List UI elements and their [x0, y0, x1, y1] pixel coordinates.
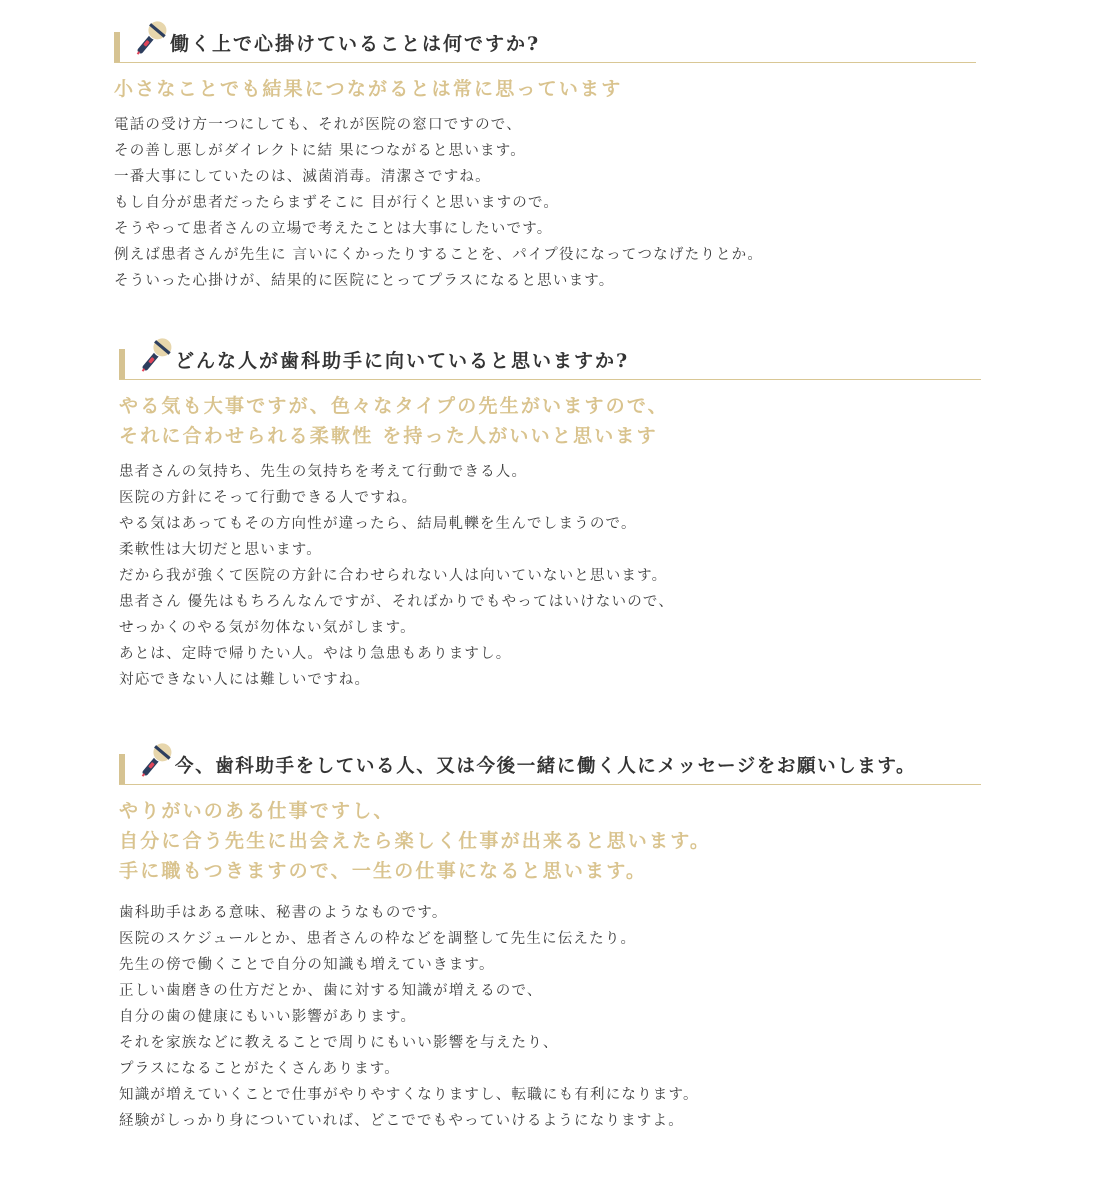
accent-bar — [119, 754, 125, 784]
body-line: もし自分が患者だったらまずそこに 目が行くと思いますので。 — [114, 190, 976, 216]
microphone-icon — [136, 333, 176, 377]
accent-bar — [119, 349, 125, 379]
body-line: 歯科助手はある意味、秘書のようなものです。 — [119, 900, 981, 926]
question-heading: どんな人が歯科助手に向いていると思いますか? — [119, 341, 981, 380]
answer-lead: やりがいのある仕事ですし、 自分に合う先生に出会えたら楽しく仕事が出来ると思いま… — [119, 796, 981, 886]
body-line: 知識が増えていくことで仕事がやりやすくなりますし、転職にも有利になります。 — [119, 1082, 981, 1108]
lead-line: やりがいのある仕事ですし、 — [119, 796, 981, 826]
body-line: 一番大事にしていたのは、滅菌消毒。清潔さですね。 — [114, 164, 976, 190]
answer-lead: やる気も大事ですが、色々なタイプの先生がいますので、 それに合わせられる柔軟性 … — [119, 391, 981, 451]
question-title: 働く上で心掛けていることは何ですか? — [170, 29, 540, 56]
microphone-icon — [131, 16, 171, 60]
lead-line: それに合わせられる柔軟性 を持った人がいいと思います — [119, 421, 981, 451]
answer-body: 患者さんの気持ち、先生の気持ちを考えて行動できる人。 医院の方針にそって行動でき… — [119, 459, 981, 693]
answer-body: 電話の受け方一つにしても、それが医院の窓口ですので、 その善し悪しがダイレクトに… — [114, 112, 976, 294]
answer-lead: 小さなことでも結果につながるとは常に思っています — [114, 74, 976, 104]
answer-body: 歯科助手はある意味、秘書のようなものです。 医院のスケジュールとか、患者さんの枠… — [119, 900, 981, 1134]
qa-section-1: 働く上で心掛けていることは何ですか? 小さなことでも結果につながるとは常に思って… — [114, 24, 976, 294]
body-line: 医院の方針にそって行動できる人ですね。 — [119, 485, 981, 511]
body-line: 正しい歯磨きの仕方だとか、歯に対する知識が増えるので、 — [119, 978, 981, 1004]
body-line: 経験がしっかり身についていれば、どこででもやっていけるようになりますよ。 — [119, 1108, 981, 1134]
accent-bar — [114, 32, 120, 62]
body-line: 例えば患者さんが先生に 言いにくかったりすることを、パイプ役になってつなげたりと… — [114, 242, 976, 268]
qa-section-2: どんな人が歯科助手に向いていると思いますか? やる気も大事ですが、色々なタイプの… — [119, 341, 981, 693]
body-line: 先生の傍で働くことで自分の知識も増えていきます。 — [119, 952, 981, 978]
body-line: 患者さんの気持ち、先生の気持ちを考えて行動できる人。 — [119, 459, 981, 485]
body-line: せっかくのやる気が勿体ない気がします。 — [119, 615, 981, 641]
question-title: 今、歯科助手をしている人、又は今後一緒に働く人にメッセージをお願いします。 — [175, 752, 916, 778]
body-line: だから我が強くて医院の方針に合わせられない人は向いていないと思います。 — [119, 563, 981, 589]
qa-section-3: 今、歯科助手をしている人、又は今後一緒に働く人にメッセージをお願いします。 やり… — [119, 746, 981, 1134]
question-heading: 働く上で心掛けていることは何ですか? — [114, 24, 976, 63]
body-line: プラスになることがたくさんあります。 — [119, 1056, 981, 1082]
body-line: 医院のスケジュールとか、患者さんの枠などを調整して先生に伝えたり。 — [119, 926, 981, 952]
body-line: 電話の受け方一つにしても、それが医院の窓口ですので、 — [114, 112, 976, 138]
body-line: その善し悪しがダイレクトに結 果につながると思います。 — [114, 138, 976, 164]
body-line: それを家族などに教えることで周りにもいい影響を与えたり、 — [119, 1030, 981, 1056]
body-line: 柔軟性は大切だと思います。 — [119, 537, 981, 563]
microphone-icon — [136, 738, 176, 782]
lead-line: 手に職もつきますので、一生の仕事になると思います。 — [119, 856, 981, 886]
lead-line: やる気も大事ですが、色々なタイプの先生がいますので、 — [119, 391, 981, 421]
lead-line: 自分に合う先生に出会えたら楽しく仕事が出来ると思います。 — [119, 826, 981, 856]
lead-line: 小さなことでも結果につながるとは常に思っています — [114, 74, 976, 104]
question-heading: 今、歯科助手をしている人、又は今後一緒に働く人にメッセージをお願いします。 — [119, 746, 981, 785]
body-line: そういった心掛けが、結果的に医院にとってプラスになると思います。 — [114, 268, 976, 294]
body-line: 自分の歯の健康にもいい影響があります。 — [119, 1004, 981, 1030]
body-line: やる気はあってもその方向性が違ったら、結局軋轢を生んでしまうので。 — [119, 511, 981, 537]
body-line: 対応できない人には難しいですね。 — [119, 667, 981, 693]
body-line: そうやって患者さんの立場で考えたことは大事にしたいです。 — [114, 216, 976, 242]
question-title: どんな人が歯科助手に向いていると思いますか? — [175, 346, 629, 373]
body-line: 患者さん 優先はもちろんなんですが、そればかりでもやってはいけないので、 — [119, 589, 981, 615]
body-line: あとは、定時で帰りたい人。やはり急患もありますし。 — [119, 641, 981, 667]
